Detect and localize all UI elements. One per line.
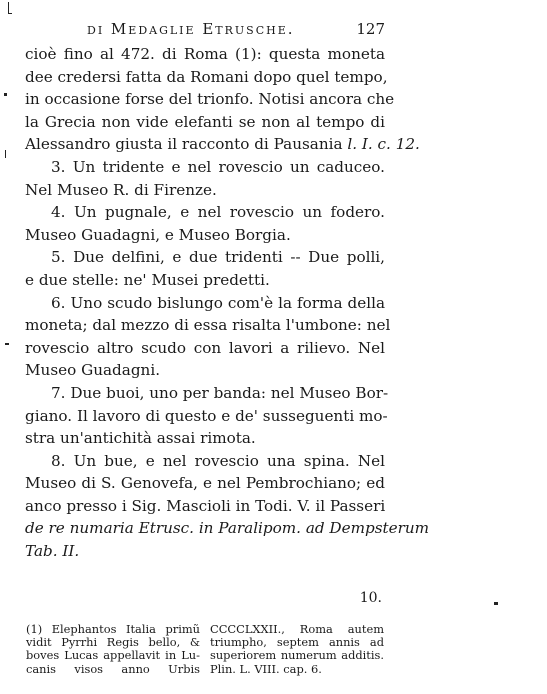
footnote-line: canis visos anno Urbis [26,663,200,676]
line-text: anco presso i Sig. Mascioli in Todi. V. … [25,497,385,515]
italic-citation: de re numaria Etrusc. in Paralipom. ad D… [25,519,429,537]
footnote-line: Plin. L. VIII. cap. 6. [210,663,384,676]
body-text: cioè fino al 472. di Roma (1): questa mo… [25,43,385,563]
page-number: 127 [356,20,385,38]
text-line: stra un'antichità assai rimota. [25,427,385,450]
catchword: 10. [360,590,382,606]
text-line: 5. Due delfini, e due tridenti -- Due po… [25,246,385,269]
running-head-title: di Medaglie Etrusche. [87,20,295,38]
text-line: giano. Il lavoro di questo e de' sussegu… [25,405,385,428]
italic-citation: l. I. c. 12. [347,135,419,153]
line-text: Alessandro giusta il racconto di Pausani… [25,135,343,153]
text-line: Museo di S. Genovefa, e nel Pembrochiano… [25,472,385,495]
text-line: cioè fino al 472. di Roma (1): questa mo… [25,43,385,66]
line-text: Nel Museo R. di Firenze. [25,181,217,199]
book-page: di Medaglie Etrusche. 127 cioè fino al 4… [0,0,547,694]
line-text: 3. Un tridente e nel rovescio un caduceo… [51,158,385,176]
line-text: 5. Due delfini, e due tridenti -- Due po… [51,248,385,266]
line-text: cioè fino al 472. di Roma (1): questa mo… [25,45,385,63]
line-text: stra un'antichità assai rimota. [25,429,256,447]
line-text: Museo di S. Genovefa, e nel Pembrochiano… [25,474,385,492]
margin-mark [5,150,6,158]
footnote-right-column: CCCCLXXII., Roma autem triumpho, septem … [210,623,384,676]
text-line: 3. Un tridente e nel rovescio un caduceo… [25,156,385,179]
margin-mark [494,602,498,605]
line-text: 6. Uno scudo bislungo com'è la forma del… [51,294,385,312]
text-line: 6. Uno scudo bislungo com'è la forma del… [25,292,385,315]
text-line: Museo Guadagni, e Museo Borgia. [25,224,385,247]
line-text: moneta; dal mezzo di essa risalta l'umbo… [25,316,390,334]
text-line: 4. Un pugnale, e nel rovescio un fodero. [25,201,385,224]
text-line: Nel Museo R. di Firenze. [25,179,385,202]
text-line: dee credersi fatta da Romani dopo quel t… [25,66,385,89]
text-line: in occasione forse del trionfo. Notisi a… [25,88,385,111]
line-text: 7. Due buoi, uno per banda: nel Museo Bo… [51,384,388,402]
text-line: 7. Due buoi, uno per banda: nel Museo Bo… [25,382,385,405]
line-text: giano. Il lavoro di questo e de' sussegu… [25,407,388,425]
line-text: in occasione forse del trionfo. Notisi a… [25,90,394,108]
text-line: e due stelle: ne' Musei predetti. [25,269,385,292]
text-line: moneta; dal mezzo di essa risalta l'umbo… [25,314,385,337]
text-line: la Grecia non vide elefanti se non al te… [25,111,385,134]
line-text: Museo Guadagni. [25,361,160,379]
text-line: Alessandro giusta il racconto di Pausani… [25,133,385,156]
line-text: 4. Un pugnale, e nel rovescio un fodero. [51,203,385,221]
margin-mark [4,93,7,96]
footnote-line: boves Lucas appellavit in Lu- [26,649,200,662]
text-line: de re numaria Etrusc. in Paralipom. ad D… [25,517,385,540]
footnote-line: superiorem numerum additis. [210,649,384,662]
text-line: Tab. II. [25,540,385,563]
text-line: 8. Un bue, e nel rovescio una spina. Nel [25,450,385,473]
margin-mark [8,13,12,14]
italic-citation: Tab. II. [25,542,79,560]
line-text: la Grecia non vide elefanti se non al te… [25,113,385,131]
footnote-left-column: (1) Elephantos Italia primũ vidit Pyrrhi… [26,623,200,676]
line-text: 8. Un bue, e nel rovescio una spina. Nel [51,452,385,470]
line-text: rovescio altro scudo con lavori a riliev… [25,339,385,357]
text-line: anco presso i Sig. Mascioli in Todi. V. … [25,495,385,518]
text-line: rovescio altro scudo con lavori a riliev… [25,337,385,360]
line-text: Museo Guadagni, e Museo Borgia. [25,226,291,244]
running-head: di Medaglie Etrusche. 127 [25,20,385,42]
line-text: dee credersi fatta da Romani dopo quel t… [25,68,388,86]
line-text: e due stelle: ne' Musei predetti. [25,271,270,289]
footnote: (1) Elephantos Italia primũ vidit Pyrrhi… [26,623,384,676]
text-line: Museo Guadagni. [25,359,385,382]
margin-mark [5,343,9,345]
